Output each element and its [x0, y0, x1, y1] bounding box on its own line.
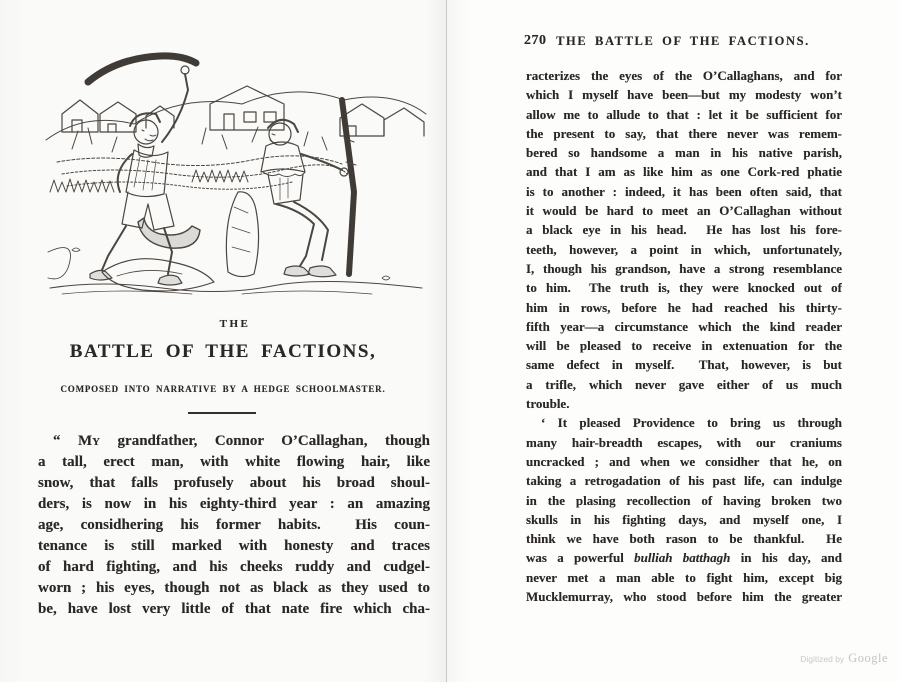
body-line: racterizes the eyes of the O’Callaghans,… [526, 66, 842, 85]
page-seam [446, 0, 447, 682]
body-line: allow me to allude to that : let it be s… [526, 105, 842, 124]
body-line: age, considhering his former habits. His… [38, 515, 430, 536]
body-line: a tall, erect man, with white flowing ha… [38, 452, 430, 473]
body-line: a trifle, which never gave either of us … [526, 375, 842, 394]
body-line: ‘ It pleased Providence to bring us thro… [526, 413, 842, 432]
left-body-text: “ My grandfather, Connor O’Callaghan, th… [38, 431, 430, 620]
body-line: which I myself have been—but my modesty … [526, 85, 842, 104]
line-text: was a powerful [526, 550, 634, 565]
right-body-text: racterizes the eyes of the O’Callaghans,… [526, 66, 842, 606]
body-line: taking a retrogadation of his past life,… [526, 471, 842, 490]
watermark-text: Digitized by [800, 654, 844, 664]
body-line: ders, is now in his eighty-third year : … [38, 494, 430, 515]
body-line: be, have lost very little of that nate f… [38, 599, 430, 620]
body-line: fifth year—a circumstance which the kind… [526, 317, 842, 336]
body-line: in the plasing recollection of having br… [526, 491, 842, 510]
body-line: of hard fighting, and his cheeks ruddy a… [38, 557, 430, 578]
body-line: many hair-breadth escapes, with our cran… [526, 433, 842, 452]
half-title-the: THE [40, 318, 430, 330]
body-line: snow, that falls profusely about his bro… [38, 473, 430, 494]
body-line: tenance is still marked with honesty and… [38, 536, 430, 557]
open-quote: “ [53, 433, 78, 449]
body-line: him in rows, before he had reached his t… [526, 298, 842, 317]
body-line: to him. The truth is, they were knocked … [526, 278, 842, 297]
running-title: THE BATTLE OF THE FACTIONS. [524, 34, 842, 49]
body-line: teeth, however, a point in which, unfort… [526, 240, 842, 259]
book-scan-spread: THE BATTLE OF THE FACTIONS, COMPOSED INT… [0, 0, 900, 682]
body-line: the present to say, that there never was… [526, 124, 842, 143]
body-line: Mucklemurray, who stood before him the g… [526, 587, 842, 606]
body-line: “ My grandfather, Connor O’Callaghan, th… [38, 431, 430, 452]
body-line: never met a man able to fight him, excep… [526, 568, 842, 587]
body-line: worn ; his eyes, though not as black as … [38, 578, 430, 599]
body-line: trouble. [526, 394, 842, 413]
divider-rule [188, 412, 256, 414]
digitized-by-google-watermark: Digitized by Google [800, 651, 888, 666]
smallcaps-word: My [78, 433, 100, 449]
body-line: I, though his grandson, have a strong re… [526, 259, 842, 278]
woodcut-illustration [42, 42, 430, 300]
running-header: 270 THE BATTLE OF THE FACTIONS. [524, 33, 842, 51]
body-line: will be pleased to receive in extenuatio… [526, 336, 842, 355]
body-line: is to another : indeed, it has been ofte… [526, 182, 842, 201]
body-line: it would be hard to meet an O’Callaghan … [526, 201, 842, 220]
page-title: BATTLE OF THE FACTIONS, [28, 341, 418, 363]
body-line: and that I am as like him as one Cork-re… [526, 162, 842, 181]
body-line: think we have both rason to be thankful.… [526, 529, 842, 548]
page-subtitle: COMPOSED INTO NARRATIVE BY A HEDGE SCHOO… [28, 384, 418, 394]
left-page: THE BATTLE OF THE FACTIONS, COMPOSED INT… [0, 0, 446, 682]
google-logo: Google [848, 651, 888, 666]
body-line: uncracked ; and when we considher that h… [526, 452, 842, 471]
body-line: was a powerful bulliah batthagh in his d… [526, 548, 842, 567]
body-line: bered so handsome a man in his native pa… [526, 143, 842, 162]
line-text: grandfather, Connor O’Callaghan, though [100, 433, 430, 449]
body-line: skulls in his fighting days, and myself … [526, 510, 842, 529]
line-text: in his day, and [730, 550, 842, 565]
body-line: a black eye in his head. He has lost his… [526, 220, 842, 239]
italic-phrase: bulliah batthagh [634, 550, 730, 565]
body-line: same defect in myself. That, however, is… [526, 355, 842, 374]
